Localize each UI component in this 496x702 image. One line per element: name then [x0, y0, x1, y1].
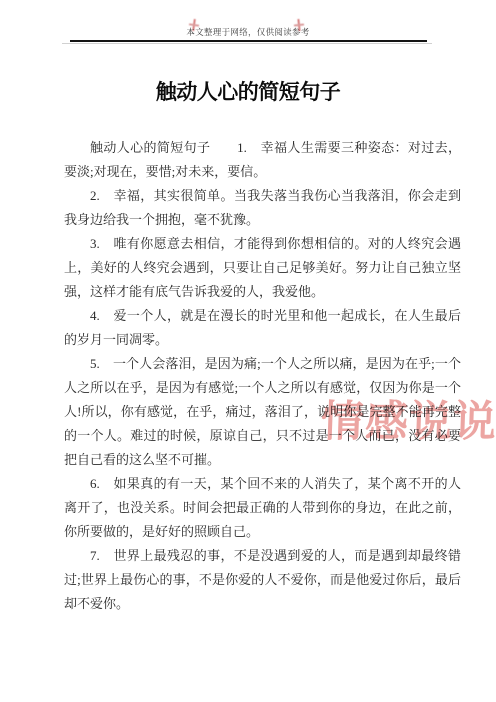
paragraph: 2. 幸福，其实很简单。当我失落当我伤心当我落泪，你会走到我身边给我一个拥抱，毫…	[64, 184, 461, 232]
document-body: 触动人心的简短句子 1. 幸福人生需要三种姿态：对过去，要淡;对现在，要惜;对未…	[64, 136, 461, 616]
document-page: 本文整理于网络，仅供阅读参考 触动人心的简短句子 触动人心的简短句子 1. 幸福…	[0, 0, 496, 702]
paragraph: 触动人心的简短句子 1. 幸福人生需要三种姿态：对过去，要淡;对现在，要惜;对未…	[64, 136, 461, 184]
paragraph: 7. 世界上最残忍的事，不是没遇到爱的人，而是遇到却最终错过;世界上最伤心的事，…	[64, 544, 461, 616]
page-title: 触动人心的简短句子	[0, 76, 496, 106]
paragraph: 4. 爱一个人，就是在漫长的时光里和他一起成长，在人生最后的岁月一同凋零。	[64, 304, 461, 352]
paragraph: 5. 一个人会落泪，是因为痛;一个人之所以痛，是因为在乎;一个人之所以在乎，是因…	[64, 352, 461, 472]
header-notice: 本文整理于网络，仅供阅读参考	[0, 26, 496, 38]
paragraph: 3. 唯有你愿意去相信，才能得到你想相信的。对的人终究会遇上，美好的人终究会遇到…	[64, 232, 461, 304]
header-rule-shadow	[62, 43, 432, 44]
paragraph: 6. 如果真的有一天，某个回不来的人消失了，某个离不开的人离开了，也没关系。时间…	[64, 472, 461, 544]
red-stamp-speck-icon	[293, 19, 304, 32]
header-rule	[70, 40, 427, 42]
